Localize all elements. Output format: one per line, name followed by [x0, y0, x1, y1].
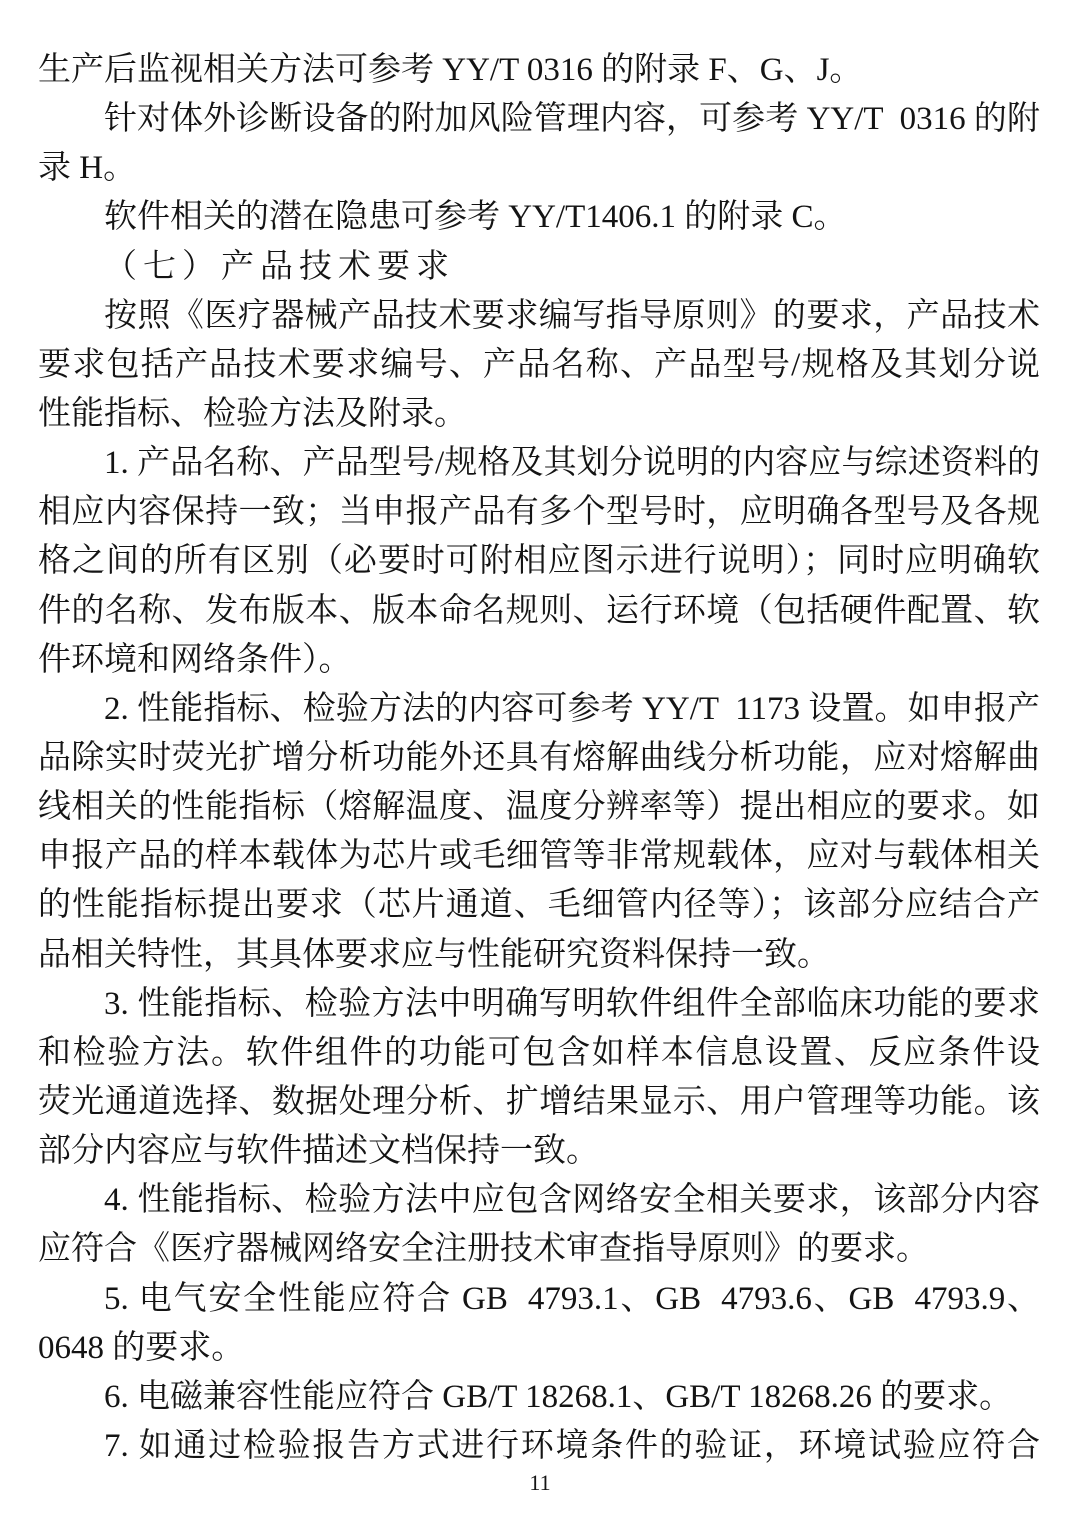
text-line: 品除实时荧光扩增分析功能外还具有熔解曲线分析功能，应对熔解曲	[38, 734, 1040, 783]
text-line: 线相关的性能指标（熔解温度、温度分辨率等）提出相应的要求。如	[38, 783, 1040, 832]
text-line: 7. 如通过检验报告方式进行环境条件的验证，环境试验应符合	[38, 1422, 1040, 1471]
text-line: 品相关特性，其具体要求应与性能研究资料保持一致。	[38, 931, 1040, 980]
text-line: 2. 性能指标、检验方法的内容可参考 YY/T 1173 设置。如申报产	[38, 685, 1040, 734]
text-line: 格之间的所有区别（必要时可附相应图示进行说明）；同时应明确软	[38, 537, 1040, 586]
page-number: 11	[0, 1468, 1080, 1498]
text-line: 6. 电磁兼容性能应符合 GB/T 18268.1、GB/T 18268.26 …	[38, 1373, 1040, 1422]
text-line: 和检验方法。软件组件的功能可包含如样本信息设置、反应条件设置、	[38, 1029, 1040, 1078]
text-line: 5. 电气安全性能应符合 GB 4793.1、GB 4793.6、GB 4793…	[38, 1275, 1040, 1324]
text-line: 软件相关的潜在隐患可参考 YY/T1406.1 的附录 C。	[38, 193, 1040, 242]
section-heading: （七）产品技术要求	[38, 243, 1040, 292]
text-line: 3. 性能指标、检验方法中明确写明软件组件全部临床功能的要求	[38, 980, 1040, 1029]
text-line: 性能指标、检验方法及附录。	[38, 390, 1040, 439]
text-line: 申报产品的样本载体为芯片或毛细管等非常规载体，应对与载体相关	[38, 832, 1040, 881]
text-line: 件环境和网络条件）。	[38, 636, 1040, 685]
text-line: 针对体外诊断设备的附加风险管理内容，可参考 YY/T 0316 的附	[38, 95, 1040, 144]
text-line: 相应内容保持一致；当申报产品有多个型号时，应明确各型号及各规	[38, 488, 1040, 537]
document-page: 生产后监视相关方法可参考 YY/T 0316 的附录 F、G、J。 针对体外诊断…	[0, 0, 1080, 1526]
text-line: 荧光通道选择、数据处理分析、扩增结果显示、用户管理等功能。该	[38, 1078, 1040, 1127]
text-line: 的性能指标提出要求（芯片通道、毛细管内径等）；该部分应结合产	[38, 881, 1040, 930]
text-line: 按照《医疗器械产品技术要求编写指导原则》的要求，产品技术	[38, 292, 1040, 341]
text-line: 1. 产品名称、产品型号/规格及其划分说明的内容应与综述资料的	[38, 439, 1040, 488]
text-line: 4. 性能指标、检验方法中应包含网络安全相关要求，该部分内容	[38, 1176, 1040, 1225]
text-line: 应符合《医疗器械网络安全注册技术审查指导原则》的要求。	[38, 1225, 1040, 1274]
text-line: 部分内容应与软件描述文档保持一致。	[38, 1127, 1040, 1176]
text-line: 件的名称、发布版本、版本命名规则、运行环境（包括硬件配置、软	[38, 587, 1040, 636]
text-line: 要求包括产品技术要求编号、产品名称、产品型号/规格及其划分说明、	[38, 341, 1040, 390]
document-body: 生产后监视相关方法可参考 YY/T 0316 的附录 F、G、J。 针对体外诊断…	[38, 46, 1040, 1471]
text-line: 0648 的要求。	[38, 1324, 1040, 1373]
text-line: 生产后监视相关方法可参考 YY/T 0316 的附录 F、G、J。	[38, 46, 1040, 95]
text-line: 录 H。	[38, 144, 1040, 193]
